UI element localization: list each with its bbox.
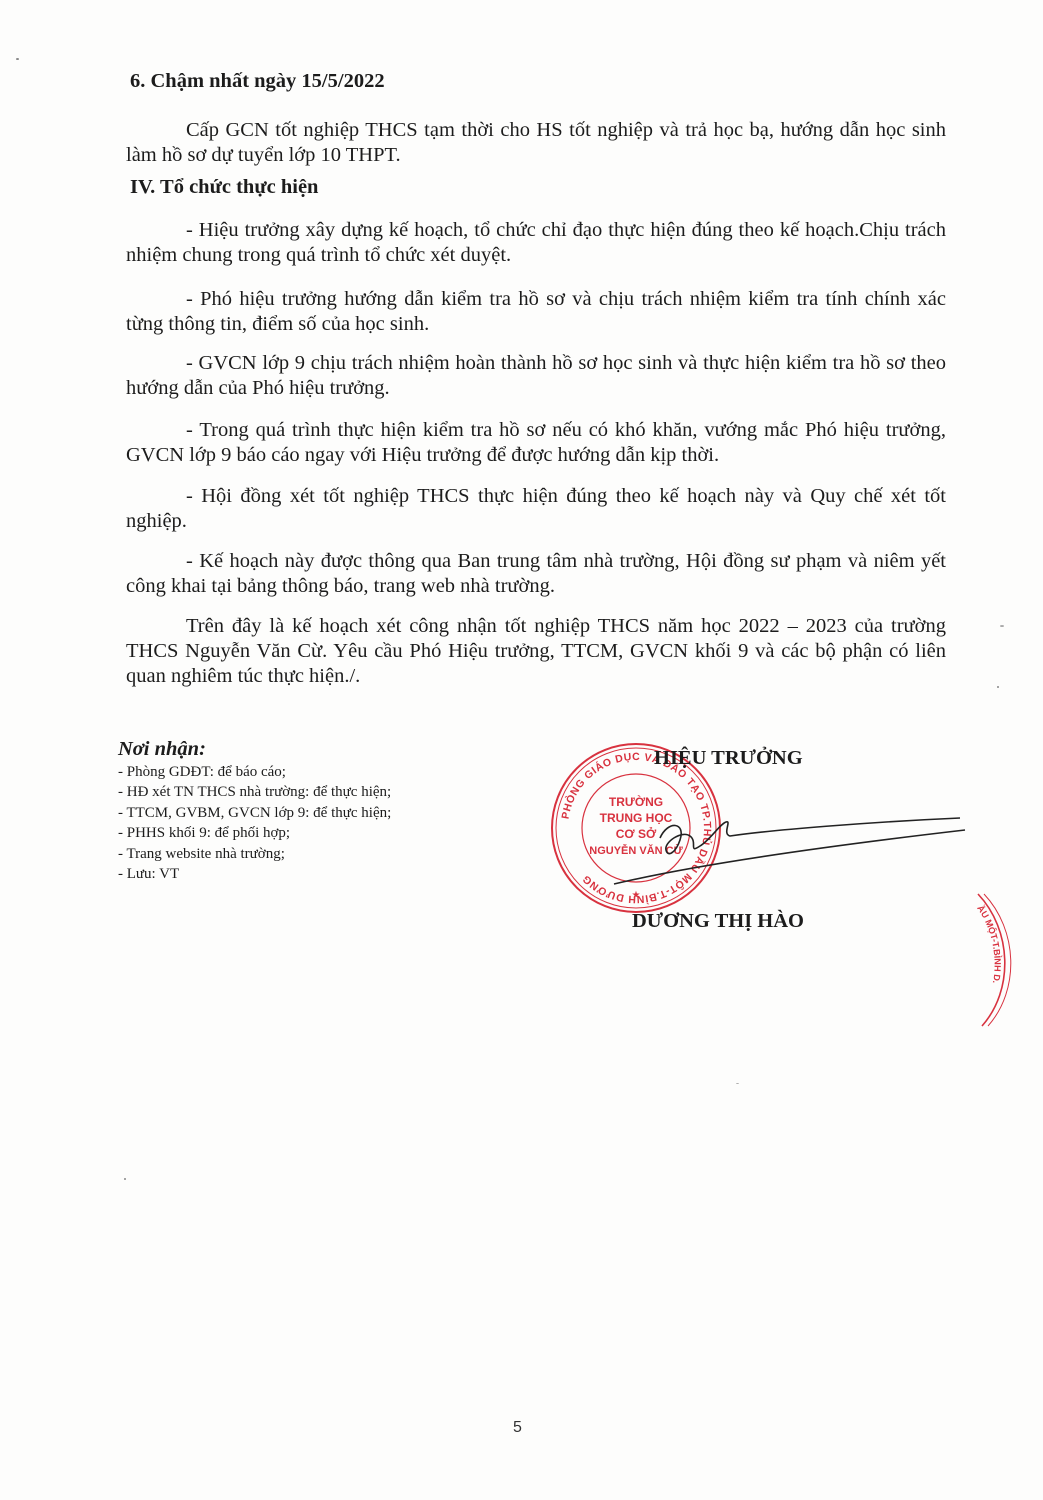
recipients-block: Nơi nhận: - Phòng GDĐT: để báo cáo; - HĐ… (118, 738, 391, 884)
svg-text:ẦU MỘT-T.BÌNH D.: ẦU MỘT-T.BÌNH D. (975, 903, 1002, 984)
section-6-heading: 6. Chậm nhất ngày 15/5/2022 (130, 70, 385, 93)
scan-speck (736, 1083, 739, 1084)
scan-speck (997, 686, 999, 688)
recipient-item: - Trang website nhà trường; (118, 844, 391, 864)
section-iv-heading: IV. Tổ chức thực hiện (130, 176, 318, 199)
scan-speck (124, 1178, 126, 1180)
section-iv-item-1: - Hiệu trưởng xây dựng kế hoạch, tổ chức… (126, 218, 946, 268)
page-number: 5 (513, 1419, 522, 1437)
recipient-item: - HĐ xét TN THCS nhà trường: để thực hiệ… (118, 782, 391, 802)
closing-paragraph: Trên đây là kế hoạch xét công nhận tốt n… (126, 614, 946, 689)
section-iv-item-2: - Phó hiệu trưởng hướng dẫn kiểm tra hồ … (126, 287, 946, 337)
scan-speck (16, 58, 19, 60)
signature-title: HIỆU TRƯỞNG (654, 747, 803, 770)
recipient-item: - Phòng GDĐT: để báo cáo; (118, 762, 391, 782)
recipients-title: Nơi nhận: (118, 738, 391, 761)
signer-name: DƯƠNG THỊ HÀO (632, 910, 804, 933)
recipients-list: - Phòng GDĐT: để báo cáo; - HĐ xét TN TH… (118, 762, 391, 884)
recipient-item: - PHHS khối 9: để phối hợp; (118, 823, 391, 843)
section-iv-item-3: - GVCN lớp 9 chịu trách nhiệm hoàn thành… (126, 351, 946, 401)
handwritten-signature-icon (610, 800, 970, 890)
document-page: 6. Chậm nhất ngày 15/5/2022 Cấp GCN tốt … (0, 0, 1043, 1500)
edge-stamp-icon: ẦU MỘT-T.BÌNH D. (960, 890, 1020, 1030)
section-6-body: Cấp GCN tốt nghiệp THCS tạm thời cho HS … (126, 118, 946, 168)
recipient-item: - Lưu: VT (118, 864, 391, 884)
svg-text:★: ★ (632, 890, 641, 901)
recipient-item: - TTCM, GVBM, GVCN lớp 9: để thực hiện; (118, 803, 391, 823)
section-iv-item-6: - Kế hoạch này được thông qua Ban trung … (126, 549, 946, 599)
section-iv-item-4: - Trong quá trình thực hiện kiểm tra hồ … (126, 418, 946, 468)
scan-speck (1000, 625, 1004, 627)
section-iv-item-5: - Hội đồng xét tốt nghiệp THCS thực hiện… (126, 484, 946, 534)
